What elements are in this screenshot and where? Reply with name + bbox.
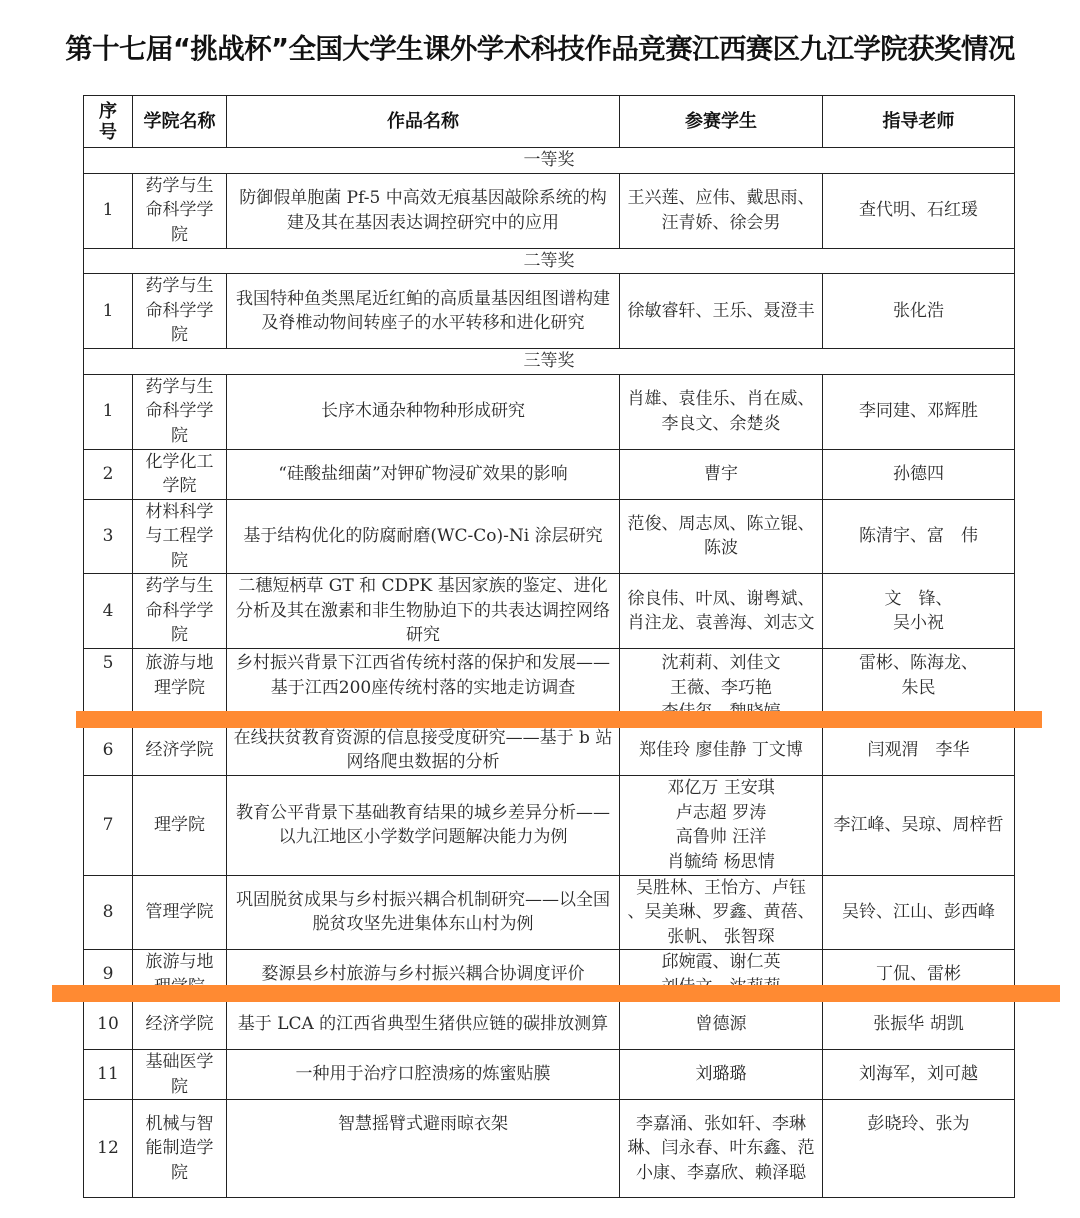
table-row: 3 材料科学与工程学院 基于结构优化的防腐耐磨(WC-Co)-Ni 涂层研究 范… bbox=[84, 499, 1015, 574]
cell-students: 徐良伟、叶凤、谢粤斌、肖注龙、袁善海、刘志文 bbox=[620, 574, 823, 649]
cell-work: 智慧摇臂式避雨晾衣架 bbox=[227, 1100, 620, 1198]
header-college: 学院名称 bbox=[133, 96, 227, 148]
cell-college: 材料科学与工程学院 bbox=[133, 499, 227, 574]
section-label: 一等奖 bbox=[84, 148, 1015, 174]
cell-work: 二穗短柄草 GT 和 CDPK 基因家族的鉴定、进化分析及其在激素和非生物胁迫下… bbox=[227, 574, 620, 649]
cell-advisors: 查代明、石红瑗 bbox=[823, 173, 1015, 248]
cell-work: 基于 LCA 的江西省典型生猪供应链的碳排放测算 bbox=[227, 1000, 620, 1050]
cell-seq: 3 bbox=[84, 499, 133, 574]
cell-seq: 2 bbox=[84, 449, 133, 499]
cell-students: 邓亿万 王安琪 卢志超 罗涛 高鲁帅 汪洋 肖毓绮 杨思情 bbox=[620, 775, 823, 875]
cell-work: 一种用于治疗口腔溃疡的炼蜜贴膜 bbox=[227, 1050, 620, 1100]
cell-college: 经济学院 bbox=[133, 1000, 227, 1050]
cell-students: 李嘉涌、张如轩、李琳琳、闫永春、叶东鑫、范小康、李嘉欣、赖泽聪 bbox=[620, 1100, 823, 1198]
header-seq: 序号 bbox=[84, 96, 133, 148]
cell-advisors: 闫观渭 李华 bbox=[823, 725, 1015, 775]
table-row: 2 化学化工学院 “硅酸盐细菌”对钾矿物浸矿效果的影响 曹宇 孙德四 bbox=[84, 449, 1015, 499]
cell-students: 曹宇 bbox=[620, 449, 823, 499]
cell-seq: 1 bbox=[84, 374, 133, 449]
cell-college: 药学与生命科学学院 bbox=[133, 173, 227, 248]
cell-seq: 1 bbox=[84, 274, 133, 349]
section-row-third-prize: 三等奖 bbox=[84, 349, 1015, 375]
cell-work: 巩固脱贫成果与乡村振兴耦合机制研究——以全国脱贫攻坚先进集体东山村为例 bbox=[227, 875, 620, 950]
cell-advisors: 陈清宇、富 伟 bbox=[823, 499, 1015, 574]
cell-seq: 10 bbox=[84, 1000, 133, 1050]
cell-students: 范俊、周志凤、陈立锟、陈波 bbox=[620, 499, 823, 574]
redaction-stripe bbox=[76, 711, 1042, 728]
cell-college: 机械与智能制造学院 bbox=[133, 1100, 227, 1198]
cell-advisors: 张振华 胡凯 bbox=[823, 1000, 1015, 1050]
header-students: 参赛学生 bbox=[620, 96, 823, 148]
cell-work: 防御假单胞菌 Pf-5 中高效无痕基因敲除系统的构建及其在基因表达调控研究中的应… bbox=[227, 173, 620, 248]
table-row: 7 理学院 教育公平背景下基础教育结果的城乡差异分析——以九江地区小学数学问题解… bbox=[84, 775, 1015, 875]
cell-college: 管理学院 bbox=[133, 875, 227, 950]
page-title: 第十七届“挑战杯”全国大学生课外学术科技作品竞赛江西赛区九江学院获奖情况 bbox=[0, 26, 1080, 66]
cell-advisors: 文 锋、 吴小祝 bbox=[823, 574, 1015, 649]
cell-advisors: 彭晓玲、张为 bbox=[823, 1100, 1015, 1198]
table-row: 11 基础医学院 一种用于治疗口腔溃疡的炼蜜贴膜 刘璐璐 刘海军，刘可越 bbox=[84, 1050, 1015, 1100]
cell-students: 曾德源 bbox=[620, 1000, 823, 1050]
cell-seq: 1 bbox=[84, 173, 133, 248]
cell-work: 我国特种鱼类黑尾近红鲌的高质量基因组图谱构建及脊椎动物间转座子的水平转移和进化研… bbox=[227, 274, 620, 349]
cell-college: 药学与生命科学学院 bbox=[133, 374, 227, 449]
cell-advisors: 吴铃、江山、彭西峰 bbox=[823, 875, 1015, 950]
cell-college: 基础医学院 bbox=[133, 1050, 227, 1100]
cell-advisors: 孙德四 bbox=[823, 449, 1015, 499]
cell-work: 在线扶贫教育资源的信息接受度研究——基于 b 站网络爬虫数据的分析 bbox=[227, 725, 620, 775]
header-work: 作品名称 bbox=[227, 96, 620, 148]
cell-advisors: 张化浩 bbox=[823, 274, 1015, 349]
cell-college: 理学院 bbox=[133, 775, 227, 875]
cell-work: 基于结构优化的防腐耐磨(WC-Co)-Ni 涂层研究 bbox=[227, 499, 620, 574]
cell-work: 长序木通杂种物种形成研究 bbox=[227, 374, 620, 449]
cell-seq: 6 bbox=[84, 725, 133, 775]
cell-advisors: 刘海军，刘可越 bbox=[823, 1050, 1015, 1100]
cell-seq: 4 bbox=[84, 574, 133, 649]
table-row: 1 药学与生命科学学院 防御假单胞菌 Pf-5 中高效无痕基因敲除系统的构建及其… bbox=[84, 173, 1015, 248]
cell-college: 药学与生命科学学院 bbox=[133, 274, 227, 349]
cell-work: “硅酸盐细菌”对钾矿物浸矿效果的影响 bbox=[227, 449, 620, 499]
awards-table: 序号 学院名称 作品名称 参赛学生 指导老师 一等奖 1 药学与生命科学学院 防… bbox=[83, 95, 1015, 1198]
cell-seq: 11 bbox=[84, 1050, 133, 1100]
table-row: 8 管理学院 巩固脱贫成果与乡村振兴耦合机制研究——以全国脱贫攻坚先进集体东山村… bbox=[84, 875, 1015, 950]
header-row: 序号 学院名称 作品名称 参赛学生 指导老师 bbox=[84, 96, 1015, 148]
cell-students: 吴胜林、王怡方、卢钰 、吴美琳、罗鑫、黄蓓、张帆、 张智琛 bbox=[620, 875, 823, 950]
redaction-stripe bbox=[52, 985, 1060, 1002]
table-row: 4 药学与生命科学学院 二穗短柄草 GT 和 CDPK 基因家族的鉴定、进化分析… bbox=[84, 574, 1015, 649]
cell-college: 化学化工学院 bbox=[133, 449, 227, 499]
table-row: 1 药学与生命科学学院 我国特种鱼类黑尾近红鲌的高质量基因组图谱构建及脊椎动物间… bbox=[84, 274, 1015, 349]
cell-students: 王兴莲、应伟、戴思雨、汪青娇、徐会男 bbox=[620, 173, 823, 248]
cell-work: 教育公平背景下基础教育结果的城乡差异分析——以九江地区小学数学问题解决能力为例 bbox=[227, 775, 620, 875]
cell-advisors: 李江峰、吴琼、周梓哲 bbox=[823, 775, 1015, 875]
cell-seq: 7 bbox=[84, 775, 133, 875]
cell-students: 刘璐璐 bbox=[620, 1050, 823, 1100]
cell-seq: 12 bbox=[84, 1100, 133, 1198]
cell-students: 肖雄、袁佳乐、肖在威、李良文、余楚炎 bbox=[620, 374, 823, 449]
section-label: 二等奖 bbox=[84, 248, 1015, 274]
table-row: 12 机械与智能制造学院 智慧摇臂式避雨晾衣架 李嘉涌、张如轩、李琳琳、闫永春、… bbox=[84, 1100, 1015, 1198]
section-label: 三等奖 bbox=[84, 349, 1015, 375]
cell-college: 经济学院 bbox=[133, 725, 227, 775]
table-row: 10 经济学院 基于 LCA 的江西省典型生猪供应链的碳排放测算 曾德源 张振华… bbox=[84, 1000, 1015, 1050]
cell-students: 徐敏睿轩、王乐、聂澄丰 bbox=[620, 274, 823, 349]
cell-advisors: 李同建、邓辉胜 bbox=[823, 374, 1015, 449]
cell-students: 郑佳玲 廖佳静 丁文博 bbox=[620, 725, 823, 775]
header-advisors: 指导老师 bbox=[823, 96, 1015, 148]
cell-seq: 8 bbox=[84, 875, 133, 950]
section-row-first-prize: 一等奖 bbox=[84, 148, 1015, 174]
table-row: 1 药学与生命科学学院 长序木通杂种物种形成研究 肖雄、袁佳乐、肖在威、李良文、… bbox=[84, 374, 1015, 449]
section-row-second-prize: 二等奖 bbox=[84, 248, 1015, 274]
table-row: 6 经济学院 在线扶贫教育资源的信息接受度研究——基于 b 站网络爬虫数据的分析… bbox=[84, 725, 1015, 775]
cell-college: 药学与生命科学学院 bbox=[133, 574, 227, 649]
